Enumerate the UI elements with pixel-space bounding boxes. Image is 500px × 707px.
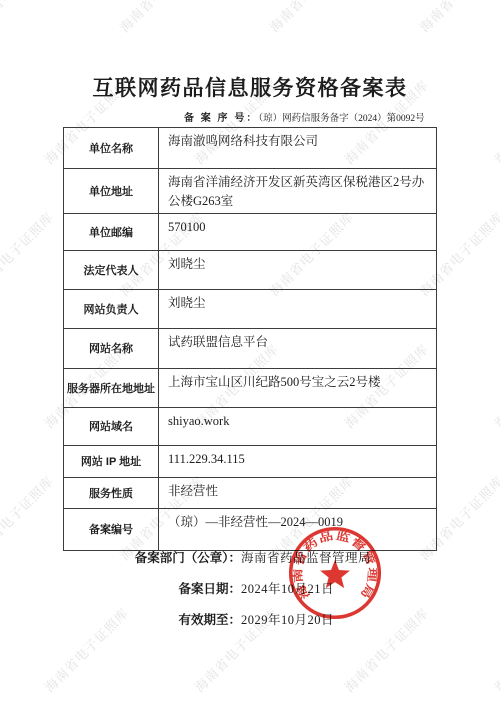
watermark-text: 海南省电子证照库 bbox=[415, 0, 500, 36]
field-value: 111.229.34.115 bbox=[159, 446, 436, 477]
watermark-text: 海南省电子证照库 bbox=[115, 0, 208, 36]
field-label: 网站域名 bbox=[64, 408, 159, 445]
field-label: 单位邮编 bbox=[64, 214, 159, 250]
field-label: 网站 IP 地址 bbox=[64, 446, 159, 477]
serial-line: 备 案 序 号：（琼）网药信服务备字（2024）第0092号 bbox=[184, 108, 425, 126]
field-value: 试药联盟信息平台 bbox=[159, 329, 436, 368]
footer-label: 备案日期： bbox=[0, 579, 241, 597]
field-value: 上海市宝山区川纪路500号宝之云2号楼 bbox=[159, 369, 436, 407]
footer-value: 海南省药品监督管理局 bbox=[241, 548, 371, 566]
footer-label: 备案部门（公章）： bbox=[0, 548, 241, 566]
table-row: 备案编号（琼）—非经营性—2024—0019 bbox=[64, 509, 436, 550]
table-row: 网站负责人刘晓尘 bbox=[64, 290, 436, 329]
footer-row: 有效期至：2029年10月20日 bbox=[0, 610, 500, 628]
table-row: 服务性质非经营性 bbox=[64, 478, 436, 509]
field-value: （琼）—非经营性—2024—0019 bbox=[159, 509, 436, 550]
table-row: 网站 IP 地址111.229.34.115 bbox=[64, 446, 436, 478]
watermark-text: 海南省电子证照库 bbox=[0, 207, 57, 300]
field-value: 刘晓尘 bbox=[159, 290, 436, 328]
watermark-text: 海南省电子证照库 bbox=[265, 0, 358, 36]
footer-section: 备案部门（公章）：海南省药品监督管理局备案日期：2024年10月21日有效期至：… bbox=[0, 548, 500, 641]
field-value: 刘晓尘 bbox=[159, 251, 436, 289]
field-label: 网站负责人 bbox=[64, 290, 159, 328]
field-label: 服务性质 bbox=[64, 478, 159, 508]
field-value: 海南省洋浦经济开发区新英湾区保税港区2号办公楼G263室 bbox=[159, 169, 436, 213]
table-row: 单位名称海南澈鸣网络科技有限公司 bbox=[64, 128, 436, 169]
footer-value: 2024年10月21日 bbox=[241, 579, 334, 597]
field-label: 服务器所在地地址 bbox=[64, 369, 159, 407]
table-row: 单位地址海南省洋浦经济开发区新英湾区保税港区2号办公楼G263室 bbox=[64, 169, 436, 214]
watermark-text: 海南省电子证照库 bbox=[0, 0, 57, 36]
table-row: 网站名称试药联盟信息平台 bbox=[64, 329, 436, 369]
footer-value: 2029年10月20日 bbox=[241, 610, 334, 628]
table-row: 法定代表人刘晓尘 bbox=[64, 251, 436, 290]
footer-label: 有效期至： bbox=[0, 610, 241, 628]
field-label: 网站名称 bbox=[64, 329, 159, 368]
field-value: shiyao.work bbox=[159, 408, 436, 445]
field-label: 单位名称 bbox=[64, 128, 159, 168]
footer-row: 备案部门（公章）：海南省药品监督管理局 bbox=[0, 548, 500, 566]
table-row: 服务器所在地地址上海市宝山区川纪路500号宝之云2号楼 bbox=[64, 369, 436, 408]
field-value: 海南澈鸣网络科技有限公司 bbox=[159, 128, 436, 168]
filing-table: 单位名称海南澈鸣网络科技有限公司单位地址海南省洋浦经济开发区新英湾区保税港区2号… bbox=[63, 127, 437, 551]
footer-row: 备案日期：2024年10月21日 bbox=[0, 579, 500, 597]
watermark-text: 海南省电子证照库 bbox=[490, 339, 500, 432]
field-label: 备案编号 bbox=[64, 509, 159, 550]
table-row: 单位邮编570100 bbox=[64, 214, 436, 251]
field-label: 单位地址 bbox=[64, 169, 159, 213]
page-title: 互联网药品信息服务资格备案表 bbox=[0, 72, 500, 102]
document-page: 海南省电子证照库海南省电子证照库海南省电子证照库海南省电子证照库海南省电子证照库… bbox=[0, 0, 500, 707]
table-row: 网站域名shiyao.work bbox=[64, 408, 436, 446]
field-value: 非经营性 bbox=[159, 478, 436, 508]
field-label: 法定代表人 bbox=[64, 251, 159, 289]
serial-label: 备 案 序 号： bbox=[184, 113, 258, 124]
field-value: 570100 bbox=[159, 214, 436, 250]
serial-value: （琼）网药信服务备字（2024）第0092号 bbox=[258, 114, 424, 124]
